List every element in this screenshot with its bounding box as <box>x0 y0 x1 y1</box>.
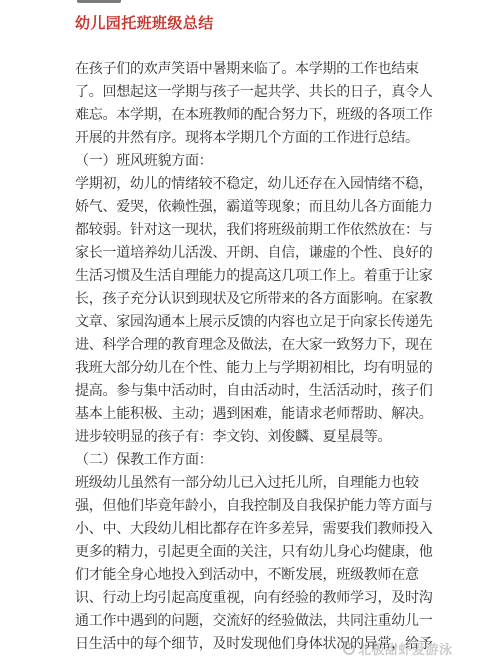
text-line: 进、科学合理的教育理念及做法，在大家一致努力下，现在 <box>75 333 435 356</box>
text-line: 了。回想起这一学期与孩子一起共学、共长的日子，真令人 <box>75 80 435 103</box>
page-title: 幼儿园托班班级总结 <box>75 12 214 33</box>
text-line: 都较弱。针对这一现状，我们将班级前期工作依然放在：与 <box>75 218 435 241</box>
document-page: 幼儿园托班班级总结 在孩子们的欢声笑语中暑期来临了。本学期的工作也结束了。回想起… <box>0 0 500 667</box>
text-line: 长，孩子充分认识到现状及它所带来的各方面影响。在家教 <box>75 287 435 310</box>
text-line: （二）保教工作方面： <box>75 448 435 471</box>
text-line: （一）班风班貌方面： <box>75 149 435 172</box>
text-line: 日生活中的每个细节，及时发现他们身体状况的异常，给予 <box>75 632 435 655</box>
text-line: 娇气、爱哭，依赖性强，霸道等现象；而且幼儿各方面能力 <box>75 195 435 218</box>
text-line: 小、中、大段幼儿相比都存在许多差异，需要我们教师投入 <box>75 517 435 540</box>
text-line: 基本上能积极、主动；遇到困难，能请求老师帮助、解决。 <box>75 402 435 425</box>
text-line: 进步较明显的孩子有：李文钧、刘俊麟、夏星晨等。 <box>75 425 435 448</box>
text-line: 我班大部分幼儿在个性、能力上与学期初相比，均有明显的 <box>75 356 435 379</box>
text-line: 文章、家园沟通本上展示反馈的内容也立足于向家长传递先 <box>75 310 435 333</box>
text-line: 强，但他们毕竟年龄小，自我控制及自我保护能力等方面与 <box>75 494 435 517</box>
text-line: 班级幼儿虽然有一部分幼儿已入过托儿所，自理能力也较 <box>75 471 435 494</box>
text-line: 家长一道培养幼儿活泼、开朗、自信，谦虚的个性、良好的 <box>75 241 435 264</box>
text-line: 提高。参与集中活动时，自由活动时，生活活动时，孩子们 <box>75 379 435 402</box>
text-line: 开展的井然有序。现将本学期几个方面的工作进行总结。 <box>75 126 435 149</box>
text-line: 在孩子们的欢声笑语中暑期来临了。本学期的工作也结束 <box>75 57 435 80</box>
text-line: 难忘。本学期，在本班教师的配合努力下，班级的各项工作 <box>75 103 435 126</box>
text-line: 识、行动上均引起高度重视，向有经验的教师学习，及时沟 <box>75 586 435 609</box>
text-line: 通工作中遇到的问题，交流好的经验做法，共同注重幼儿一 <box>75 609 435 632</box>
top-edge-artifact <box>77 0 121 3</box>
text-line: 更多的精力，引起更全面的关注，只有幼儿身心均健康，他 <box>75 540 435 563</box>
text-line: 们才能全身心地投入到活动中，不断发展，班级教师在意 <box>75 563 435 586</box>
document-body: 在孩子们的欢声笑语中暑期来临了。本学期的工作也结束了。回想起这一学期与孩子一起共… <box>75 57 435 655</box>
text-line: 生活习惯及生活自理能力的提高这几项工作上。着重于让家 <box>75 264 435 287</box>
text-line: 学期初，幼儿的情绪较不稳定，幼儿还存在入园情绪不稳， <box>75 172 435 195</box>
